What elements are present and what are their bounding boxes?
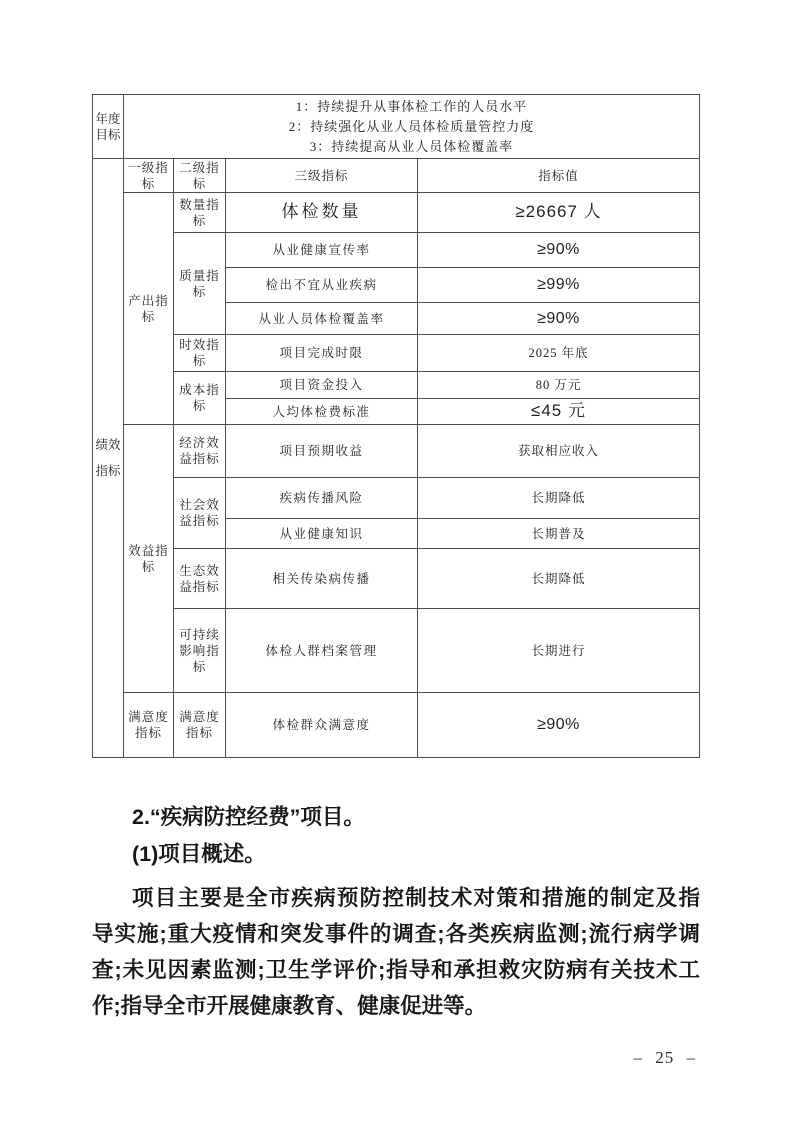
indicator-value: ≥99%: [418, 268, 700, 303]
indicator-value: 2025 年底: [418, 335, 700, 372]
indicator-value-text: ≥99%: [537, 276, 580, 293]
table-row: 时效指标 项目完成时限 2025 年底: [93, 335, 700, 372]
indicator-name: 检出不宜从业疾病: [226, 268, 418, 303]
indicator-name: 疾病传播风险: [226, 478, 418, 519]
indicator-name: 体检群众满意度: [226, 693, 418, 758]
section-subheading: (1)项目概述。: [92, 840, 700, 869]
annual-goal-line: 2：持续强化从业人员体检质量管控力度: [124, 117, 699, 137]
level2-sustain: 可持续影响指标: [174, 609, 226, 693]
indicator-value-text: 80 万元: [536, 378, 582, 392]
page-number: – 25 –: [92, 1048, 696, 1068]
level1-satisfaction: 满意度指标: [124, 693, 174, 758]
indicator-name: 体检人群档案管理: [226, 609, 418, 693]
indicator-value: 获取相应收入: [418, 425, 700, 478]
level2-economic: 经济效益指标: [174, 425, 226, 478]
indicator-value-text: ≥90%: [537, 716, 580, 733]
level2-social: 社会效益指标: [174, 478, 226, 549]
indicator-name: 项目完成时限: [226, 335, 418, 372]
indicator-name: 项目预期收益: [226, 425, 418, 478]
indicator-value: 长期降低: [418, 478, 700, 519]
indicator-value: ≤45 元: [418, 399, 700, 425]
indicator-value-text: 获取相应收入: [518, 444, 599, 458]
header-level1: 一级指标: [124, 159, 174, 193]
table-row: 产出指标 数量指标 体检数量 ≥26667 人: [93, 193, 700, 233]
indicator-name: 从业健康知识: [226, 519, 418, 549]
annual-goal-line: 3：持续提高从业人员体检覆盖率: [124, 137, 699, 157]
header-value: 指标值: [418, 159, 700, 193]
level2-cost: 成本指标: [174, 372, 226, 425]
table-row: 可持续影响指标 体检人群档案管理 长期进行: [93, 609, 700, 693]
table-row: 成本指标 项目资金投入 80 万元: [93, 372, 700, 399]
indicator-value-text: ≥90%: [537, 241, 580, 258]
level2-quantity: 数量指标: [174, 193, 226, 233]
indicator-name: 体检数量: [226, 193, 418, 233]
level2-satisfaction: 满意度指标: [174, 693, 226, 758]
indicator-value-text: ≥90%: [537, 310, 580, 327]
indicator-name: 从业人员体检覆盖率: [226, 303, 418, 335]
paragraph-line: 项目主要是全市疾病预防控制技术对策和措施的制定及指: [92, 880, 700, 916]
level1-benefit: 效益指标: [124, 425, 174, 693]
indicator-value: ≥90%: [418, 693, 700, 758]
table-row: 效益指标 经济效益指标 项目预期收益 获取相应收入: [93, 425, 700, 478]
indicator-value: 80 万元: [418, 372, 700, 399]
table-row: 社会效益指标 疾病传播风险 长期降低: [93, 478, 700, 519]
indicator-value-text: 长期降低: [532, 491, 586, 505]
indicator-value-text: ≤45 元: [531, 401, 586, 420]
annual-goals-cell: 1：持续提升从事体检工作的人员水平 2：持续强化从业人员体检质量管控力度 3：持…: [124, 95, 700, 159]
table-row: 生态效益指标 相关传染病传播 长期降低: [93, 549, 700, 609]
indicator-value-text: 长期进行: [532, 644, 586, 658]
project-overview-paragraph: 项目主要是全市疾病预防控制技术对策和措施的制定及指 导实施;重大疫情和突发事件的…: [92, 880, 700, 1024]
paragraph-line: 查;未见因素监测;卫生学评价;指导和承担救灾防病有关技术工: [92, 952, 700, 988]
level1-output: 产出指标: [124, 193, 174, 425]
document-page: 年度目标 1：持续提升从事体检工作的人员水平 2：持续强化从业人员体检质量管控力…: [0, 0, 793, 1122]
paragraph-line: 作;指导全市开展健康教育、健康促进等。: [92, 988, 700, 1024]
level2-eco: 生态效益指标: [174, 549, 226, 609]
indicator-value-text: ≥26667 人: [515, 202, 601, 221]
performance-indicator-table: 年度目标 1：持续提升从事体检工作的人员水平 2：持续强化从业人员体检质量管控力…: [92, 94, 700, 758]
indicator-value: ≥90%: [418, 303, 700, 335]
indicator-value: 长期进行: [418, 609, 700, 693]
table-row: 满意度指标 满意度指标 体检群众满意度 ≥90%: [93, 693, 700, 758]
indicator-value: 长期降低: [418, 549, 700, 609]
indicator-value-text: 长期降低: [532, 572, 586, 586]
performance-indicator-label: 绩效指标: [93, 159, 124, 758]
indicator-value: ≥26667 人: [418, 193, 700, 233]
indicator-name: 人均体检费标准: [226, 399, 418, 425]
indicator-value: ≥90%: [418, 233, 700, 268]
indicator-value-text: 2025 年底: [528, 346, 588, 360]
level2-time: 时效指标: [174, 335, 226, 372]
table-row: 质量指标 从业健康宣传率 ≥90%: [93, 233, 700, 268]
header-level2: 二级指标: [174, 159, 226, 193]
annual-goal-header: 年度目标: [93, 95, 124, 159]
indicator-name: 从业健康宣传率: [226, 233, 418, 268]
section-heading: 2.“疾病防控经费”项目。: [92, 803, 700, 832]
indicator-value-text: 长期普及: [532, 527, 586, 541]
indicator-name-text: 体检数量: [282, 202, 362, 221]
indicator-name: 项目资金投入: [226, 372, 418, 399]
table-row: 年度目标 1：持续提升从事体检工作的人员水平 2：持续强化从业人员体检质量管控力…: [93, 95, 700, 159]
indicator-value: 长期普及: [418, 519, 700, 549]
paragraph-line: 导实施;重大疫情和突发事件的调查;各类疾病监测;流行病学调: [92, 916, 700, 952]
indicator-name: 相关传染病传播: [226, 549, 418, 609]
annual-goal-line: 1：持续提升从事体检工作的人员水平: [124, 97, 699, 117]
table-header-row: 绩效指标 一级指标 二级指标 三级指标 指标值: [93, 159, 700, 193]
header-level3: 三级指标: [226, 159, 418, 193]
level2-quality: 质量指标: [174, 233, 226, 335]
